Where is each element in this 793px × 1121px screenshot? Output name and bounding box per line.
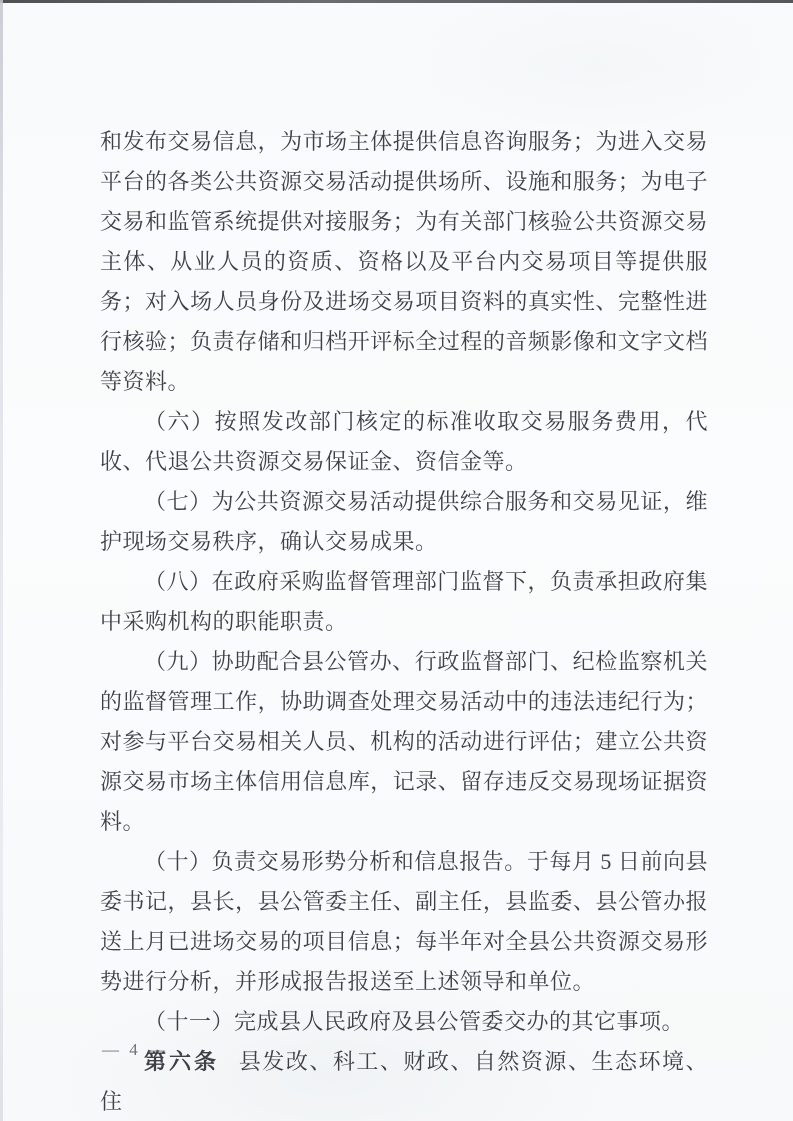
clause-11-paragraph: （十一）完成县人民政府及县公管委交办的其它事项。 [100, 1002, 708, 1042]
clause-6-paragraph: （六）按照发改部门核定的标准收取交易服务费用，代收、代退公共资源交易保证金、资信… [100, 402, 708, 482]
scan-edge-left [0, 0, 3, 1121]
scanned-document-page: 和发布交易信息，为市场主体提供信息咨询服务；为进入交易平台的各类公共资源交易活动… [0, 0, 793, 1121]
continuation-paragraph: 和发布交易信息，为市场主体提供信息咨询服务；为进入交易平台的各类公共资源交易活动… [100, 122, 708, 402]
page-number: — 4 — [102, 1038, 168, 1062]
document-body: 和发布交易信息，为市场主体提供信息咨询服务；为进入交易平台的各类公共资源交易活动… [100, 122, 708, 1121]
clause-8-paragraph: （八）在政府采购监督管理部门监督下，负责承担政府集中采购机构的职能职责。 [100, 562, 708, 642]
article-6-paragraph: 第六条县发改、科工、财政、自然资源、生态环境、住 [100, 1042, 708, 1121]
scan-edge-top [0, 0, 793, 3]
clause-10-paragraph: （十）负责交易形势分析和信息报告。于每月 5 日前向县委书记，县长，县公管委主任… [100, 842, 708, 1002]
clause-9-paragraph: （九）协助配合县公管办、行政监督部门、纪检监察机关的监督管理工作，协助调查处理交… [100, 642, 708, 842]
clause-7-paragraph: （七）为公共资源交易活动提供综合服务和交易见证，维护现场交易秩序，确认交易成果。 [100, 482, 708, 562]
